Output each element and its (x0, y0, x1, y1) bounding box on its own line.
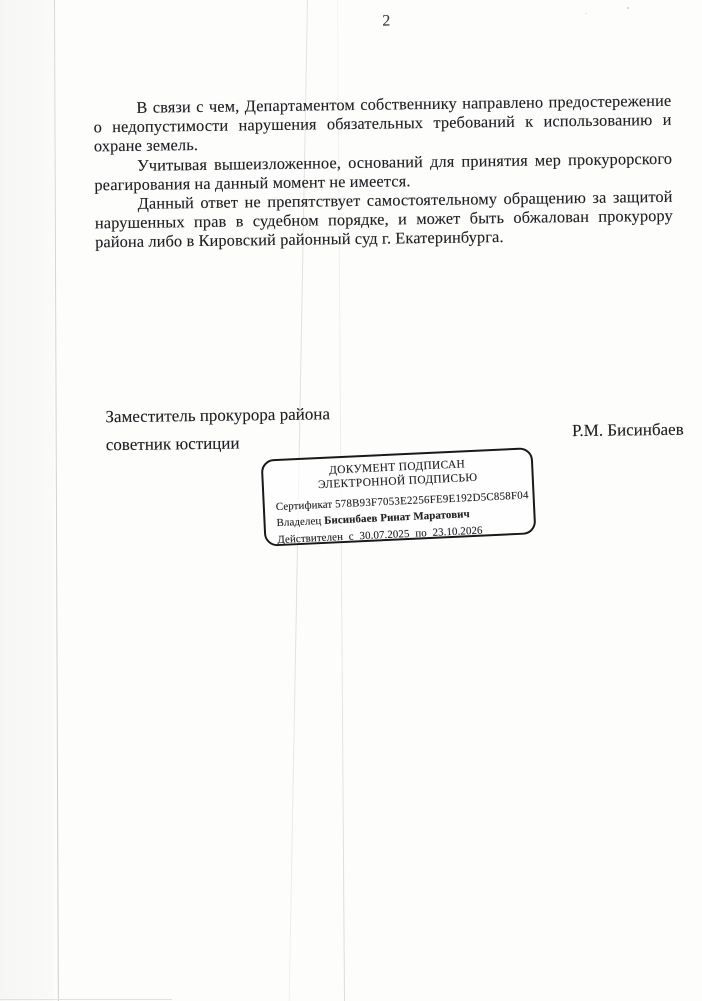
signer-position-line2: советник юстиции (106, 433, 240, 455)
body-text: В связи с чем, Департаментом собственник… (93, 91, 673, 252)
page-number: 2 (346, 12, 426, 31)
electronic-signature-stamp: ДОКУМЕНТ ПОДПИСАН ЭЛЕКТРОННОЙ ПОДПИСЬЮ С… (261, 447, 537, 546)
signer-position-line1: Заместитель прокурора района (105, 404, 330, 427)
certificate-label: Сертификат (276, 499, 333, 514)
scanned-document-page: 2 В связи с чем, Департаментом собственн… (0, 0, 702, 1001)
stamp-details: Сертификат 578B93F7053E2256FE9E192D5C858… (264, 487, 534, 548)
document-content: 2 В связи с чем, Департаментом собственн… (0, 0, 702, 1001)
owner-label: Владелец (276, 515, 321, 529)
signer-name: Р.М. Бисинбаев (496, 420, 684, 442)
